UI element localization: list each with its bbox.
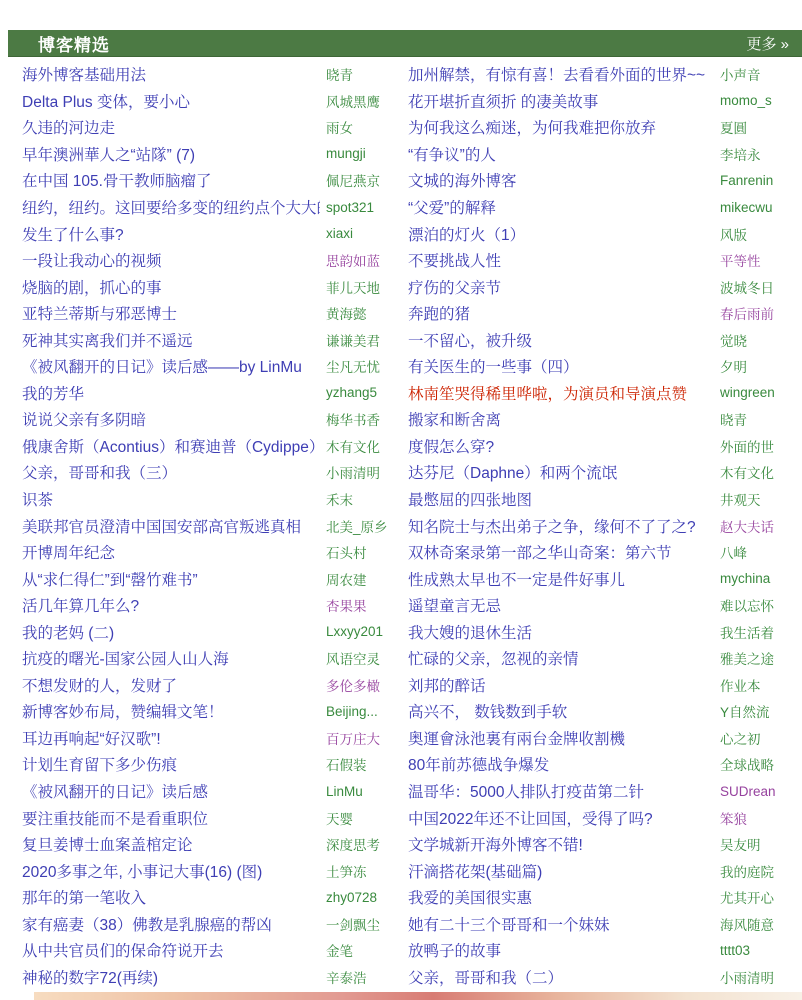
blog-title-link[interactable]: 知名院士与杰出弟子之争，缘何不了了之? bbox=[408, 515, 714, 537]
blog-author-link[interactable]: 风城黑鹰 bbox=[326, 91, 394, 111]
blog-row: 我大嫂的退休生活我生活着 bbox=[408, 618, 800, 645]
blog-title-link[interactable]: 海外博客基础用法 bbox=[22, 63, 320, 85]
blog-author-link[interactable]: 周农建 bbox=[326, 569, 394, 589]
blog-title-link[interactable]: 早年澳洲華人之“站隊” (7) bbox=[22, 143, 320, 165]
blog-row: 复旦姜博士血案盖棺定论深度思考 bbox=[22, 831, 394, 858]
blog-row: 疗伤的父亲节波城冬日 bbox=[408, 273, 800, 300]
blog-row: 奔跑的猪春后雨前 bbox=[408, 300, 800, 327]
blog-row: 亚特兰蒂斯与邪恶博士黄海懿 bbox=[22, 300, 394, 327]
blog-title-link[interactable]: 汗滴搭花架(基础篇) bbox=[408, 860, 714, 882]
partial-image-strip bbox=[34, 992, 802, 1000]
blog-author-link[interactable]: 晓青 bbox=[720, 409, 800, 429]
blog-row: 一段让我动心的视频思韵如蓝 bbox=[22, 247, 394, 274]
blog-author-link[interactable]: 小雨清明 bbox=[720, 967, 800, 987]
blog-row: 久违的河边走雨女 bbox=[22, 114, 394, 141]
blog-row: 不要挑战人性平等性 bbox=[408, 247, 800, 274]
blog-row: 文城的海外博客Fanrenin bbox=[408, 167, 800, 194]
blog-title-link[interactable]: 林南笙哭得稀里哗啦，为演员和导演点赞 bbox=[408, 382, 714, 404]
blog-author-link[interactable]: 菲儿天地 bbox=[326, 277, 394, 297]
blog-title-link[interactable]: 有关医生的一些事（四） bbox=[408, 355, 714, 377]
blog-author-link[interactable]: 杏果果 bbox=[326, 595, 394, 615]
blog-row: 度假怎么穿?外面的世 bbox=[408, 433, 800, 460]
blog-title-link[interactable]: 为何我这么痴迷，为何我难把你放弃 bbox=[408, 116, 714, 138]
blog-row: 我爱的美国很实惠尤其开心 bbox=[408, 884, 800, 911]
blog-author-link[interactable]: 心之初 bbox=[720, 728, 800, 748]
section-header: 博客精选 更多 » bbox=[8, 30, 802, 57]
blog-row: 遥望童言无忌难以忘怀 bbox=[408, 592, 800, 619]
blog-author-link[interactable]: 雨女 bbox=[326, 117, 394, 137]
blog-author-link[interactable]: 石假装 bbox=[326, 754, 394, 774]
blog-author-link[interactable]: 尤其开心 bbox=[720, 887, 800, 907]
blog-title-link[interactable]: 中国2022年还不让回国，受得了吗? bbox=[408, 807, 714, 829]
blog-row: 死神其实离我们并不遥远谦谦美君 bbox=[22, 326, 394, 353]
blog-title-link[interactable]: 俄康舍斯（Acontius）和赛迪普（Cydippe） bbox=[22, 435, 320, 457]
blog-author-link[interactable]: 井观天 bbox=[720, 489, 800, 509]
blog-row: 抗疫的曙光-国家公园人山人海风语空灵 bbox=[22, 645, 394, 672]
blog-row: 中国2022年还不让回国，受得了吗?笨狼 bbox=[408, 804, 800, 831]
blog-author-link[interactable]: mikecwu bbox=[720, 200, 800, 215]
left-column: 海外博客基础用法晓青Delta Plus 变体，要小心风城黑鹰久违的河边走雨女早… bbox=[22, 61, 394, 990]
blog-row: 我的芳华yzhang5 bbox=[22, 380, 394, 407]
blog-author-link[interactable]: 夕明 bbox=[720, 356, 800, 376]
blog-author-link[interactable]: 石头村 bbox=[326, 542, 394, 562]
blog-title-link[interactable]: 不要挑战人性 bbox=[408, 249, 714, 271]
blog-title-link[interactable]: 要注重技能而不是看重职位 bbox=[22, 807, 320, 829]
blog-title-link[interactable]: 一段让我动心的视频 bbox=[22, 249, 320, 271]
blog-author-link[interactable]: SUDrean bbox=[720, 784, 800, 799]
blog-row: 80年前苏德战争爆发全球战略 bbox=[408, 751, 800, 778]
blog-author-link[interactable]: 土笋冻 bbox=[326, 861, 394, 881]
blog-title-link[interactable]: 温哥华：5000人排队打疫苗第二针 bbox=[408, 780, 714, 802]
blog-row: 有关医生的一些事（四）夕明 bbox=[408, 353, 800, 380]
blog-title-link[interactable]: 放鸭子的故事 bbox=[408, 939, 714, 961]
blog-row: 开博周年纪念石头村 bbox=[22, 539, 394, 566]
blog-title-link[interactable]: 不想发财的人，发财了 bbox=[22, 674, 320, 696]
blog-author-link[interactable]: 北美_原乡 bbox=[326, 516, 394, 536]
blog-row: 《被风翻开的日记》读后感——by LinMu尘凡无忧 bbox=[22, 353, 394, 380]
blog-title-link[interactable]: 发生了什么事? bbox=[22, 223, 320, 245]
blog-author-link[interactable]: 夏圓 bbox=[720, 117, 800, 137]
blog-author-link[interactable]: 觉晓 bbox=[720, 330, 800, 350]
blog-row: 她有二十三个哥哥和一个妹妹海风随意 bbox=[408, 911, 800, 938]
blog-row: 刘邦的醉话作业本 bbox=[408, 672, 800, 699]
blog-row: 最憋屈的四张地图井观天 bbox=[408, 486, 800, 513]
blog-title-link[interactable]: 奔跑的猪 bbox=[408, 302, 714, 324]
blog-title-link[interactable]: 遥望童言无忌 bbox=[408, 594, 714, 616]
blog-title-link[interactable]: 《被风翻开的日记》读后感 bbox=[22, 780, 320, 802]
blog-title-link[interactable]: 说说父亲有多阴暗 bbox=[22, 408, 320, 430]
blog-author-link[interactable]: 小声音 bbox=[720, 64, 800, 84]
section-title: 博客精选 bbox=[38, 31, 110, 56]
blog-row: 漂泊的灯火（1）风版 bbox=[408, 220, 800, 247]
blog-title-link[interactable]: 一不留心，被升级 bbox=[408, 329, 714, 351]
blog-row: 汗滴搭花架(基础篇)我的庭院 bbox=[408, 857, 800, 884]
blog-row: 父亲，哥哥和我（三）小雨清明 bbox=[22, 459, 394, 486]
blog-author-link[interactable]: 木有文化 bbox=[326, 436, 394, 456]
blog-title-link[interactable]: 复旦姜博士血案盖棺定论 bbox=[22, 833, 320, 855]
blog-title-link[interactable]: 《被风翻开的日记》读后感——by LinMu bbox=[22, 355, 320, 377]
blog-title-link[interactable]: “父爱”的解释 bbox=[408, 196, 714, 218]
blog-title-link[interactable]: 那年的第一笔收入 bbox=[22, 886, 320, 908]
blog-row: 高兴不， 数钱数到手软Y自然流 bbox=[408, 698, 800, 725]
blog-row: 温哥华：5000人排队打疫苗第二针SUDrean bbox=[408, 778, 800, 805]
blog-author-link[interactable]: 全球战略 bbox=[720, 754, 800, 774]
blog-author-link[interactable]: mungji bbox=[326, 146, 394, 161]
blog-author-link[interactable]: 春后雨前 bbox=[720, 303, 800, 323]
blog-title-link[interactable]: 家有癌妻（38）佛教是乳腺癌的帮凶 bbox=[22, 913, 320, 935]
blog-author-link[interactable]: 一剑飘尘 bbox=[326, 914, 394, 934]
blog-row: 俄康舍斯（Acontius）和赛迪普（Cydippe）木有文化 bbox=[22, 433, 394, 460]
blog-title-link[interactable]: 2020多事之年, 小事记大事(16) (图) bbox=[22, 860, 320, 882]
blog-title-link[interactable]: 父亲，哥哥和我（二） bbox=[408, 966, 714, 988]
blog-author-link[interactable]: 禾末 bbox=[326, 489, 394, 509]
blog-row: 一不留心，被升级觉晓 bbox=[408, 326, 800, 353]
blog-title-link[interactable]: 我爱的美国很实惠 bbox=[408, 886, 714, 908]
blog-author-link[interactable]: 尘凡无忧 bbox=[326, 356, 394, 376]
blog-row: 花开堪折直须折 的凄美故事momo_s bbox=[408, 88, 800, 115]
blog-author-link[interactable]: 黄海懿 bbox=[326, 303, 394, 323]
blog-author-link[interactable]: 我的庭院 bbox=[720, 861, 800, 881]
blog-row: 要注重技能而不是看重职位天婴 bbox=[22, 804, 394, 831]
blog-title-link[interactable]: 神秘的数字72(再续) bbox=[22, 966, 320, 988]
blog-row: 2020多事之年, 小事记大事(16) (图)土笋冻 bbox=[22, 857, 394, 884]
blog-row: 文学城新开海外博客不错!吴友明 bbox=[408, 831, 800, 858]
blog-author-link[interactable]: spot321 bbox=[326, 200, 394, 215]
blog-row: 海外博客基础用法晓青 bbox=[22, 61, 394, 88]
blog-author-link[interactable]: 李培永 bbox=[720, 144, 800, 164]
blog-title-link[interactable]: 她有二十三个哥哥和一个妹妹 bbox=[408, 913, 714, 935]
blog-title-link[interactable]: 最憋屈的四张地图 bbox=[408, 488, 714, 510]
blog-title-link[interactable]: 奥運會泳池裏有兩台金牌收割機 bbox=[408, 727, 714, 749]
right-column: 加州解禁，有惊有喜！去看看外面的世界~~小声音花开堪折直须折 的凄美故事momo… bbox=[408, 61, 800, 990]
blog-author-link[interactable]: tttt03 bbox=[720, 943, 800, 958]
blog-author-link[interactable]: 吴友明 bbox=[720, 834, 800, 854]
blog-title-link[interactable]: 识茶 bbox=[22, 488, 320, 510]
blog-row: 发生了什么事?xiaxi bbox=[22, 220, 394, 247]
blog-title-link[interactable]: 久违的河边走 bbox=[22, 116, 320, 138]
blog-author-link[interactable]: yzhang5 bbox=[326, 385, 394, 400]
blog-title-link[interactable]: 活几年算几年么? bbox=[22, 594, 320, 616]
blog-title-link[interactable]: 双林奇案录第一部之华山奇案：第六节 bbox=[408, 541, 714, 563]
blog-list-area: 海外博客基础用法晓青Delta Plus 变体，要小心风城黑鹰久违的河边走雨女早… bbox=[0, 61, 802, 992]
blog-title-link[interactable]: 我大嫂的退休生活 bbox=[408, 621, 714, 643]
blog-author-link[interactable]: 梅华书香 bbox=[326, 409, 394, 429]
blog-row: 从中共官员们的保命符说开去金笔 bbox=[22, 937, 394, 964]
blog-author-link[interactable]: 百万庄大 bbox=[326, 728, 394, 748]
blog-title-link[interactable]: 搬家和断舍离 bbox=[408, 408, 714, 430]
blog-row: 加州解禁，有惊有喜！去看看外面的世界~~小声音 bbox=[408, 61, 800, 88]
blog-title-link[interactable]: 父亲，哥哥和我（三） bbox=[22, 461, 320, 483]
blog-author-link[interactable]: 多伦多橄 bbox=[326, 675, 394, 695]
blog-author-link[interactable]: 赵大夫话 bbox=[720, 516, 800, 536]
blog-title-link[interactable]: 从中共官员们的保命符说开去 bbox=[22, 939, 320, 961]
blog-title-link[interactable]: 漂泊的灯火（1） bbox=[408, 223, 714, 245]
blog-author-link[interactable]: 我生活着 bbox=[720, 622, 800, 642]
blog-row: 烧脑的剧，抓心的事菲儿天地 bbox=[22, 273, 394, 300]
blog-author-link[interactable]: 八峰 bbox=[720, 542, 800, 562]
blog-author-link[interactable]: Beijing... bbox=[326, 704, 394, 719]
blog-row: 新博客妙布局，赞编辑文笔！Beijing... bbox=[22, 698, 394, 725]
blog-author-link[interactable]: 风语空灵 bbox=[326, 648, 394, 668]
blog-row: 从“求仁得仁”到“罄竹难书”周农建 bbox=[22, 565, 394, 592]
more-link[interactable]: 更多 » bbox=[746, 33, 789, 54]
blog-row: 说说父亲有多阴暗梅华书香 bbox=[22, 406, 394, 433]
blog-author-link[interactable]: 思韵如蓝 bbox=[326, 250, 394, 270]
blog-title-link[interactable]: 性成熟太早也不一定是件好事儿 bbox=[408, 568, 714, 590]
blog-row: 在中国 105.骨干教师脑瘤了佩尼燕京 bbox=[22, 167, 394, 194]
blog-row: 放鸭子的故事tttt03 bbox=[408, 937, 800, 964]
blog-author-link[interactable]: Y自然流 bbox=[720, 701, 800, 721]
blog-author-link[interactable]: 辛泰浩 bbox=[326, 967, 394, 987]
blog-title-link[interactable]: 疗伤的父亲节 bbox=[408, 276, 714, 298]
blog-author-link[interactable]: xiaxi bbox=[326, 226, 394, 241]
blog-author-link[interactable]: 海风随意 bbox=[720, 914, 800, 934]
blog-row: 父亲，哥哥和我（二）小雨清明 bbox=[408, 964, 800, 991]
blog-row: 知名院士与杰出弟子之争，缘何不了了之?赵大夫话 bbox=[408, 512, 800, 539]
blog-row: 美联邦官员澄清中国国安部高官叛逃真相北美_原乡 bbox=[22, 512, 394, 539]
blog-title-link[interactable]: 文城的海外博客 bbox=[408, 169, 714, 191]
blog-author-link[interactable]: 波城冬日 bbox=[720, 277, 800, 297]
blog-author-link[interactable]: 佩尼燕京 bbox=[326, 170, 394, 190]
blog-title-link[interactable]: 耳边再响起“好汉歌”! bbox=[22, 727, 320, 749]
blog-title-link[interactable]: 高兴不， 数钱数到手软 bbox=[408, 700, 714, 722]
blog-author-link[interactable]: LinMu bbox=[326, 784, 394, 799]
blog-title-link[interactable]: 刘邦的醉话 bbox=[408, 674, 714, 696]
blog-title-link[interactable]: 忙碌的父亲，忽视的亲情 bbox=[408, 647, 714, 669]
blog-author-link[interactable]: 平等性 bbox=[720, 250, 800, 270]
blog-row: 我的老妈 (二)Lxxyy201 bbox=[22, 618, 394, 645]
blog-title-link[interactable]: 达芬尼（Daphne）和两个流氓 bbox=[408, 461, 714, 483]
blog-title-link[interactable]: Delta Plus 变体，要小心 bbox=[22, 90, 320, 112]
blog-title-link[interactable]: 文学城新开海外博客不错! bbox=[408, 833, 714, 855]
blog-row: “有争议”的人李培永 bbox=[408, 141, 800, 168]
blog-row: 搬家和断舍离晓青 bbox=[408, 406, 800, 433]
blog-author-link[interactable]: Fanrenin bbox=[720, 173, 800, 188]
blog-title-link[interactable]: 新博客妙布局，赞编辑文笔！ bbox=[22, 700, 320, 722]
blog-row: Delta Plus 变体，要小心风城黑鹰 bbox=[22, 88, 394, 115]
blog-row: 为何我这么痴迷，为何我难把你放弃夏圓 bbox=[408, 114, 800, 141]
blog-author-link[interactable]: 小雨清明 bbox=[326, 462, 394, 482]
blog-row: 计划生育留下多少伤痕石假装 bbox=[22, 751, 394, 778]
blog-row: 忙碌的父亲，忽视的亲情雅美之途 bbox=[408, 645, 800, 672]
blog-row: 达芬尼（Daphne）和两个流氓木有文化 bbox=[408, 459, 800, 486]
blog-row: 那年的第一笔收入zhy0728 bbox=[22, 884, 394, 911]
blog-title-link[interactable]: 我的老妈 (二) bbox=[22, 621, 320, 643]
blog-row: 《被风翻开的日记》读后感LinMu bbox=[22, 778, 394, 805]
blog-author-link[interactable]: 笨狼 bbox=[720, 808, 800, 828]
blog-author-link[interactable]: 深度思考 bbox=[326, 834, 394, 854]
blog-title-link[interactable]: 烧脑的剧，抓心的事 bbox=[22, 276, 320, 298]
blog-row: 神秘的数字72(再续)辛泰浩 bbox=[22, 964, 394, 991]
blog-row: 纽约，纽约。这回要给多变的纽约点个大大的spot321 bbox=[22, 194, 394, 221]
blog-row: 家有癌妻（38）佛教是乳腺癌的帮凶一剑飘尘 bbox=[22, 911, 394, 938]
blog-row: 林南笙哭得稀里哗啦，为演员和导演点赞wingreen bbox=[408, 380, 800, 407]
blog-row: 活几年算几年么?杏果果 bbox=[22, 592, 394, 619]
blog-title-link[interactable]: “有争议”的人 bbox=[408, 143, 714, 165]
blog-title-link[interactable]: 加州解禁，有惊有喜！去看看外面的世界~~ bbox=[408, 63, 714, 85]
blog-author-link[interactable]: 谦谦美君 bbox=[326, 330, 394, 350]
blog-title-link[interactable]: 亚特兰蒂斯与邪恶博士 bbox=[22, 302, 320, 324]
blog-author-link[interactable]: 风版 bbox=[720, 224, 800, 244]
blog-row: 早年澳洲華人之“站隊” (7)mungji bbox=[22, 141, 394, 168]
blog-author-link[interactable]: momo_s bbox=[720, 93, 800, 108]
blog-author-link[interactable]: 晓青 bbox=[326, 64, 394, 84]
blog-author-link[interactable]: mychina bbox=[720, 571, 800, 586]
blog-author-link[interactable]: zhy0728 bbox=[326, 890, 394, 905]
blog-row: 双林奇案录第一部之华山奇案：第六节八峰 bbox=[408, 539, 800, 566]
blog-title-link[interactable]: 我的芳华 bbox=[22, 382, 320, 404]
blog-title-link[interactable]: 花开堪折直须折 的凄美故事 bbox=[408, 90, 714, 112]
blog-title-link[interactable]: 死神其实离我们并不遥远 bbox=[22, 329, 320, 351]
blog-title-link[interactable]: 抗疫的曙光-国家公园人山人海 bbox=[22, 647, 320, 669]
blog-row: “父爱”的解释mikecwu bbox=[408, 194, 800, 221]
blog-author-link[interactable]: 作业本 bbox=[720, 675, 800, 695]
blog-title-link[interactable]: 计划生育留下多少伤痕 bbox=[22, 753, 320, 775]
blog-row: 识茶禾末 bbox=[22, 486, 394, 513]
blog-title-link[interactable]: 度假怎么穿? bbox=[408, 435, 714, 457]
blog-author-link[interactable]: 外面的世 bbox=[720, 436, 800, 456]
blog-author-link[interactable]: 雅美之途 bbox=[720, 648, 800, 668]
blog-author-link[interactable]: 金笔 bbox=[326, 940, 394, 960]
blog-title-link[interactable]: 在中国 105.骨干教师脑瘤了 bbox=[22, 169, 320, 191]
blog-row: 不想发财的人，发财了多伦多橄 bbox=[22, 672, 394, 699]
blog-author-link[interactable]: Lxxyy201 bbox=[326, 624, 394, 639]
blog-author-link[interactable]: 难以忘怀 bbox=[720, 595, 800, 615]
blog-title-link[interactable]: 美联邦官员澄清中国国安部高官叛逃真相 bbox=[22, 515, 320, 537]
blog-title-link[interactable]: 纽约，纽约。这回要给多变的纽约点个大大的 bbox=[22, 196, 320, 218]
blog-row: 性成熟太早也不一定是件好事儿mychina bbox=[408, 565, 800, 592]
blog-author-link[interactable]: 天婴 bbox=[326, 808, 394, 828]
blog-title-link[interactable]: 80年前苏德战争爆发 bbox=[408, 753, 714, 775]
blog-title-link[interactable]: 从“求仁得仁”到“罄竹难书” bbox=[22, 568, 320, 590]
blog-author-link[interactable]: wingreen bbox=[720, 385, 800, 400]
blog-row: 奥運會泳池裏有兩台金牌收割機心之初 bbox=[408, 725, 800, 752]
blog-title-link[interactable]: 开博周年纪念 bbox=[22, 541, 320, 563]
blog-author-link[interactable]: 木有文化 bbox=[720, 462, 800, 482]
blog-row: 耳边再响起“好汉歌”!百万庄大 bbox=[22, 725, 394, 752]
